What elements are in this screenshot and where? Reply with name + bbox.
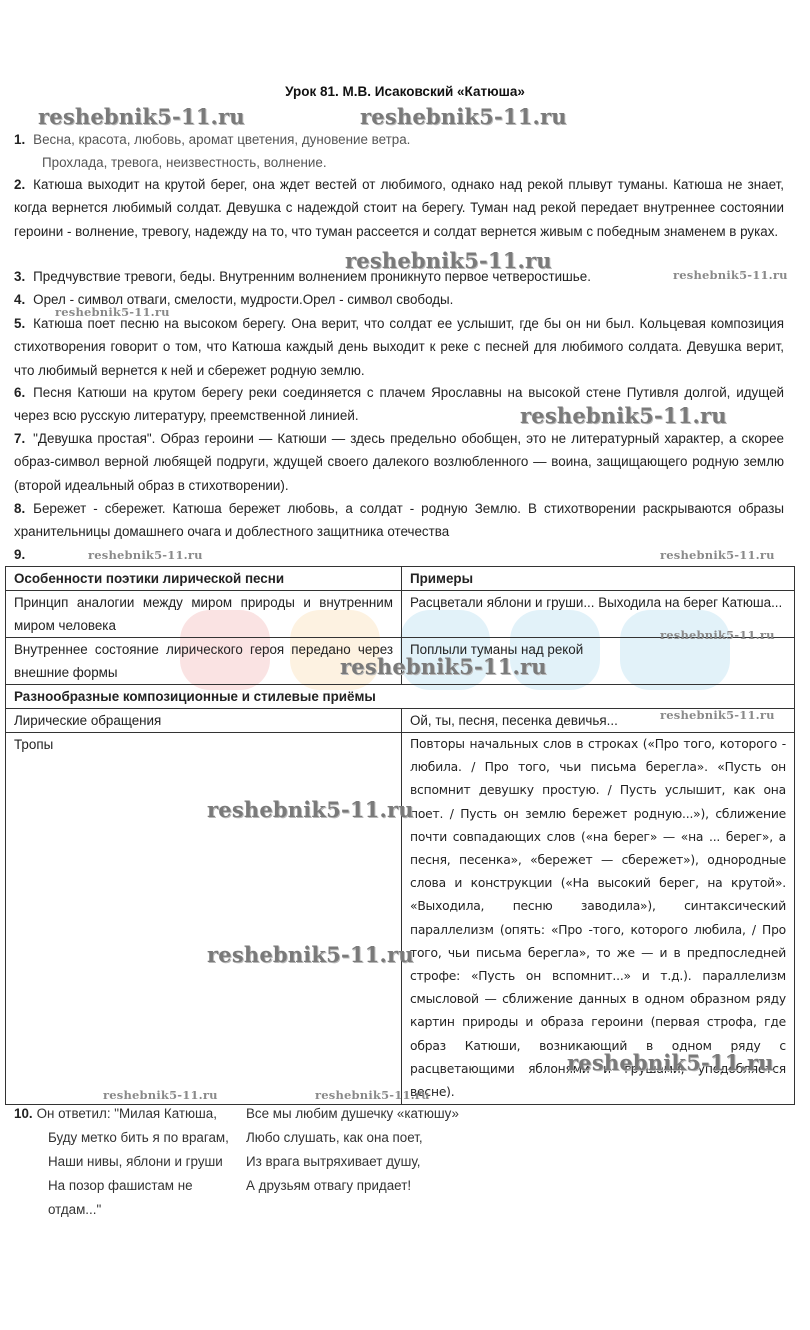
answer-6: 6.Песня Катюши на крутом берегу реки сое…	[14, 381, 784, 428]
answer-8: 8.Бережет - сбережет. Катюша бережет люб…	[14, 497, 784, 544]
answer-2: 2.Катюша выходит на крутой берег, она жд…	[14, 173, 784, 243]
answer-4: 4.Орел - символ отваги, смелости, мудрос…	[14, 288, 784, 311]
watermark: reshebnik5-11.ru	[360, 104, 567, 129]
table-row: Тропы Повторы начальных слов в строках (…	[6, 733, 795, 1105]
table-row: Внутреннее состояние лирического героя п…	[6, 638, 795, 685]
answer-9: 9.	[14, 543, 784, 566]
table-header-row: Особенности поэтики лирической песни При…	[6, 567, 795, 591]
answer-3: 3.Предчувствие тревоги, беды. Внутренним…	[14, 265, 784, 288]
page-title: Урок 81. М.В. Исаковский «Катюша»	[0, 84, 810, 99]
document-page: Урок 81. М.В. Исаковский «Катюша» resheb…	[0, 0, 810, 1330]
header-feature: Особенности поэтики лирической песни	[6, 567, 402, 591]
table-row: Принцип аналогии между миром природы и в…	[6, 591, 795, 638]
table-row: Лирические обращения Ой, ты, песня, песе…	[6, 709, 795, 733]
answer-5: 5.Катюша поет песню на высоком берегу. О…	[14, 312, 784, 382]
watermark: reshebnik5-11.ru	[38, 104, 245, 129]
answer-7: 7."Девушка простая". Образ героини — Кат…	[14, 427, 784, 497]
answer-10: 10.Он ответил: "Милая Катюша,Все мы люби…	[14, 1102, 459, 1222]
header-examples: Примеры	[402, 567, 795, 591]
poetics-table: Особенности поэтики лирической песни При…	[5, 566, 795, 1105]
answer-1: 1.Весна, красота, любовь, аромат цветени…	[14, 128, 784, 175]
table-section-row: Разнообразные композиционные и стилевые …	[6, 685, 795, 709]
